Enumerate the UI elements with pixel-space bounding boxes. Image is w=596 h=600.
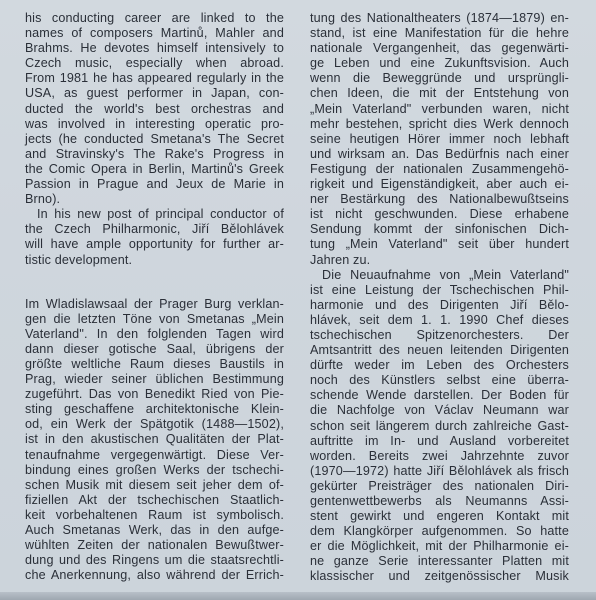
text-line: ne ganze Serie interessanter Platten mit: [310, 554, 569, 569]
page-bottom-edge: [0, 592, 596, 600]
text-line: mehr bestehen, spricht dies Werk dennoch: [310, 117, 569, 132]
text-line: sting geschaffene architektonische Klein…: [25, 402, 284, 417]
english-paragraph-1: his conducting career are linked to then…: [25, 11, 284, 207]
text-line: ist eine Leistung der Tschechischen Phil…: [310, 283, 569, 298]
text-line: größte weltliche Raum dieses Baustils in: [25, 357, 284, 372]
text-line: USA, as guest performer in Japan, con-: [25, 86, 284, 101]
text-line: ner Bestärkung des Nationalbewußtseins: [310, 192, 569, 207]
text-line: (1970—1972) hatte Jiří Bělohlávek als fr…: [310, 464, 569, 479]
text-line: was involved in interesting operatic pro…: [25, 117, 284, 132]
left-column: his conducting career are linked to then…: [25, 11, 284, 583]
text-line: keit vorbehaltenen Raum ist symbolisch.: [25, 508, 284, 523]
text-line: und wirksam an. Das Bedürfnis nach einer: [310, 147, 569, 162]
text-line: In his new post of principal conductor o…: [25, 207, 284, 222]
text-line: ist nicht geschwunden. Diese erhabene: [310, 207, 569, 222]
text-line: Im Wladislawsaal der Prager Burg verklan…: [25, 297, 284, 312]
text-line: seine heutigen Hörer immer noch lebhaft: [310, 132, 569, 147]
text-line: Auch Smetanas Werk, das in den aufge-: [25, 523, 284, 538]
text-line: dem Klangkörper aufgenommen. So hatte: [310, 524, 569, 539]
text-line: gekürter Preisträger des nationalen Diri…: [310, 479, 569, 494]
text-line: zugeführt. Das von Benedikt Ried von Pie…: [25, 387, 284, 402]
paragraph-gap: [25, 268, 284, 297]
text-line: schende Wende darstellen. Der Boden für: [310, 388, 569, 403]
text-line: Brahms. He devotes himself intensively t…: [25, 41, 284, 56]
text-line: Czech music, especially when abroad.: [25, 56, 284, 71]
text-line: tschechischen Spitzenorchesters. Der: [310, 328, 569, 343]
text-line: stent gewirkt und engeren Kontakt mit: [310, 509, 569, 524]
right-column: tung des Nationaltheaters (1874—1879) en…: [310, 11, 569, 585]
text-line: the Comic Opera in Berlin, Martinů's Gre…: [25, 162, 284, 177]
text-line: gentenwettbewerbs als Neumanns Assi-: [310, 494, 569, 509]
text-line: ge Leben und eine Zukunftsvision. Auch: [310, 56, 569, 71]
german-paragraph-2: Die Neuaufnahme von „Mein Vaterland"ist …: [310, 268, 569, 585]
text-line: er die Möglichkeit, mit der Philharmonie…: [310, 539, 569, 554]
text-line: harmonie und des Dirigenten Jiří Bělo-: [310, 298, 569, 313]
text-line: stand, ist eine Manifestation für die he…: [310, 26, 569, 41]
text-line: Die Neuaufnahme von „Mein Vaterland": [310, 268, 569, 283]
english-paragraph-2: In his new post of principal conductor o…: [25, 207, 284, 267]
text-line: jects (he conducted Smetana's The Secret: [25, 132, 284, 147]
text-line: his conducting career are linked to the: [25, 11, 284, 26]
text-line: ist in den akustischen Qualitäten der Pl…: [25, 432, 284, 447]
text-line: nationale Vergangenheit, das gegenwärti-: [310, 41, 569, 56]
german-paragraph-continued: tung des Nationaltheaters (1874—1879) en…: [310, 11, 569, 268]
text-line: tung des Nationaltheaters (1874—1879) en…: [310, 11, 569, 26]
text-line: and Stravinsky's The Rake's Progress in: [25, 147, 284, 162]
text-line: „Mein Vaterland" verbunden waren, nicht: [310, 102, 569, 117]
text-line: noch des Künstlers selbst eine überra-: [310, 373, 569, 388]
text-line: auftritte im In- und Ausland vorbereitet: [310, 434, 569, 449]
text-line: Prag, wieder seiner üblichen Bestimmung: [25, 372, 284, 387]
text-line: Amtsantritt des neuen leitenden Dirigent…: [310, 343, 569, 358]
text-line: bindung eines großen Werks der tschechi-: [25, 463, 284, 478]
text-line: rigkeit und Eigenständigkeit, aber auch …: [310, 177, 569, 192]
text-line: tung „Mein Vaterland" seit über hundert: [310, 237, 569, 252]
text-line: chen Ideen, die mit der Entstehung von: [310, 86, 569, 101]
text-line: dann dieser gotische Saal, übrigens der: [25, 342, 284, 357]
text-line: hlávek, seit dem 1. 1. 1990 Chef dieses: [310, 313, 569, 328]
text-line: wenn die Beweggründe und ursprüngli-: [310, 71, 569, 86]
text-line: Brno).: [25, 192, 284, 207]
text-line: Passion in Prague and Jeux de Marie in: [25, 177, 284, 192]
text-line: Vaterland". In den folglenden Tagen wird: [25, 327, 284, 342]
text-line: names of composers Martinů, Mahler and: [25, 26, 284, 41]
text-line: worden. Bereits zwei Jahrzehnte zuvor: [310, 449, 569, 464]
text-line: tistic development.: [25, 253, 284, 268]
text-line: gen die letzten Töne von Smetanas „Mein: [25, 312, 284, 327]
text-line: od, ein Werk der Spätgotik (1488—1502),: [25, 417, 284, 432]
text-line: dürfte weder im Leben des Orchesters: [310, 358, 569, 373]
text-line: tenaufnahme vergegenwärtigt. Diese Ver-: [25, 448, 284, 463]
text-line: che Anerkennung, also während der Errich…: [25, 568, 284, 583]
text-line: schen Musik mit diesem seit jeher dem of…: [25, 478, 284, 493]
text-line: fiziellen Akt der tschechischen Staatlic…: [25, 493, 284, 508]
text-line: From 1981 he has appeared regularly in t…: [25, 71, 284, 86]
text-line: Sendung kommt der sinfonischen Dich-: [310, 222, 569, 237]
text-line: Festigung der nationalen Zusammengehö-: [310, 162, 569, 177]
text-line: ducted the world's best orchestras and: [25, 102, 284, 117]
text-line: Jahren zu.: [310, 253, 569, 268]
text-line: the Czech Philharmonic, Jiří Bělohlávek: [25, 222, 284, 237]
booklet-page: his conducting career are linked to then…: [0, 0, 596, 600]
text-line: will have ample opportunity for further …: [25, 237, 284, 252]
text-line: wühlten Zeiten der nationalen Bewußtwer-: [25, 538, 284, 553]
text-line: dung und des Ringens um die staatsrechtl…: [25, 553, 284, 568]
text-line: schon seit längerem durch zahlreiche Gas…: [310, 419, 569, 434]
text-line: die Nachfolge von Václav Neumann war: [310, 403, 569, 418]
german-paragraph-1: Im Wladislawsaal der Prager Burg verklan…: [25, 297, 284, 584]
text-line: klassischer und zeitgenössischer Musik: [310, 569, 569, 584]
